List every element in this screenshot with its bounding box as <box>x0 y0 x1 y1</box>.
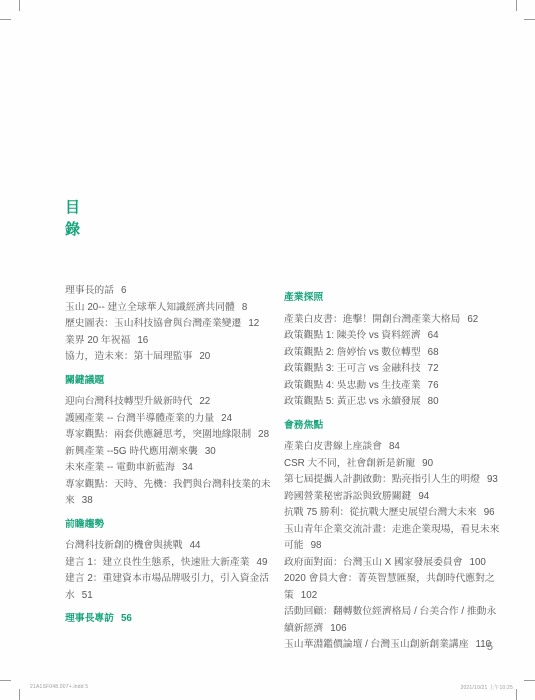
toc-entry-title: 專家觀點：兩套供應鏈思考，突圍地緣限制 <box>65 429 251 440</box>
toc-entry-title: 產業白皮書：進擊！開創台灣產業大格局 <box>284 314 460 325</box>
toc-column-right: 產業探照產業白皮書：進擊！開創台灣產業大格局62政策觀點 1: 陳美伶 vs 資… <box>284 283 501 654</box>
crop-mark <box>524 680 535 681</box>
section-header: 會務焦點 <box>284 418 501 435</box>
crop-mark <box>19 0 20 11</box>
toc-entry-page: 20 <box>199 351 210 362</box>
toc-entry[interactable]: 玉山青年企業交流計畫：走進企業現場，看見未來可能98 <box>284 522 501 555</box>
toc-entry-page: 22 <box>199 396 210 407</box>
toc-entry-title: 第七屆提攜人計劃啟動：點亮指引人生的明燈 <box>284 474 480 485</box>
toc-entry-page: 90 <box>422 458 433 469</box>
print-slug-timestamp: 2021/10/21 上午10:25 <box>460 684 513 691</box>
toc-entry-page: 93 <box>487 474 498 485</box>
toc-section: 產業探照產業白皮書：進擊！開創台灣產業大格局62政策觀點 1: 陳美伶 vs 資… <box>284 290 501 411</box>
section-header-label: 前瞻趨勢 <box>65 519 104 530</box>
toc-section: 理事長專訪56 <box>65 611 274 628</box>
toc-entry-page: 98 <box>311 540 322 551</box>
toc-entry-title: 專家觀點：天時、先機：我們與台灣科技業的未來 <box>65 479 271 507</box>
toc-entry[interactable]: 政策觀點 1: 陳美伶 vs 資料經濟64 <box>284 328 501 345</box>
toc-entry-page: 49 <box>257 557 268 568</box>
toc-entry-title: 抗戰 75 勝利：從抗戰大歷史展望台灣大未來 <box>284 507 477 518</box>
toc-entry-title: 產業白皮書線上座談會 <box>284 441 382 452</box>
toc-entry[interactable]: 新興產業 --5G 時代應用潮來襲30 <box>65 444 274 461</box>
section-header-label: 關鍵議題 <box>65 375 104 386</box>
toc-entry[interactable]: 抗戰 75 勝利：從抗戰大歷史展望台灣大未來96 <box>284 505 501 522</box>
page-title-char-2: 錄 <box>65 219 501 241</box>
toc-entry-title: 跨國營業秘密訴訟與致勝關鍵 <box>284 491 411 502</box>
toc-entry-page: 44 <box>190 540 201 551</box>
toc-entry[interactable]: 玉山華淵鑑價論壇 / 台灣玉山創新創業講座110 <box>284 637 501 654</box>
toc-entry[interactable]: 2020 會員大會：菁英智慧匯聚，共創時代應對之策102 <box>284 571 501 604</box>
toc-entry-page: 76 <box>428 380 439 391</box>
toc-entry-page: 34 <box>182 462 193 473</box>
toc-entry[interactable]: 政策觀點 3: 王可言 vs 金融科技72 <box>284 361 501 378</box>
page-title-char-1: 目 <box>65 197 501 219</box>
toc-entry[interactable]: 玉山 20-- 建立全球華人知識經濟共同體8 <box>65 300 274 317</box>
toc-entry[interactable]: 建言 2：重建資本市場品牌吸引力，引入資金活水51 <box>65 571 274 604</box>
crop-mark <box>19 689 20 700</box>
toc-entry-title: 未來產業 -- 電動車新藍海 <box>65 462 175 473</box>
toc-entry-title: 迎向台灣科技轉型升級新時代 <box>65 396 192 407</box>
toc-entry-title: 協力，造未來：第十屆理監事 <box>65 351 192 362</box>
toc-entry-title: 台灣科技新創的機會與挑戰 <box>65 540 183 551</box>
toc-entry[interactable]: 協力，造未來：第十屆理監事20 <box>65 349 274 366</box>
toc-entry-title: 歷史圖表：玉山科技協會與台灣產業變遷 <box>65 318 241 329</box>
toc-section: 前瞻趨勢台灣科技新創的機會與挑戰44建言 1：建立良性生態系，快速壯大新產業49… <box>65 517 274 605</box>
toc-entry[interactable]: 政策觀點 5: 黃正忠 vs 永續發展80 <box>284 394 501 411</box>
toc-entry-title: 政策觀點 1: 陳美伶 vs 資料經濟 <box>284 330 421 341</box>
toc-entry-page: 8 <box>242 302 247 313</box>
toc-entry[interactable]: 建言 1：建立良性生態系，快速壯大新產業49 <box>65 555 274 572</box>
toc-entry[interactable]: 台灣科技新創的機會與挑戰44 <box>65 538 274 555</box>
toc-entry[interactable]: 歷史圖表：玉山科技協會與台灣產業變遷12 <box>65 316 274 333</box>
toc-entry-page: 28 <box>258 429 269 440</box>
toc-entry[interactable]: 跨國營業秘密訴訟與致勝關鍵94 <box>284 489 501 506</box>
toc-entry[interactable]: 政策觀點 2: 詹婷怡 vs 數位轉型68 <box>284 345 501 362</box>
toc-entry-page: 102 <box>301 590 317 601</box>
toc-entry[interactable]: 護國產業 -- 台灣半導體產業的力量24 <box>65 411 274 428</box>
toc-entry-page: 6 <box>121 285 126 296</box>
toc-entry[interactable]: 第七屆提攜人計劃啟動：點亮指引人生的明燈93 <box>284 472 501 489</box>
toc-entry-title: 政策觀點 3: 王可言 vs 金融科技 <box>284 363 421 374</box>
toc-entry-title: 玉山 20-- 建立全球華人知識經濟共同體 <box>65 302 235 313</box>
toc-entry-page: 62 <box>467 314 478 325</box>
toc-entry-page: 94 <box>418 491 429 502</box>
toc-entry-title: 新興產業 --5G 時代應用潮來襲 <box>65 446 198 457</box>
toc-entry[interactable]: 專家觀點：兩套供應鏈思考，突圍地緣限制28 <box>65 427 274 444</box>
toc-entry[interactable]: 產業白皮書線上座談會84 <box>284 439 501 456</box>
toc-entry-page: 12 <box>248 318 259 329</box>
toc-entry-title: 活動回顧：翻轉數位經濟格局 / 台美合作 / 推動永續新經濟 <box>284 606 496 634</box>
toc-page: 目 錄 理事長的話6玉山 20-- 建立全球華人知識經濟共同體8歷史圖表：玉山科… <box>65 197 501 654</box>
toc-section: 關鍵議題迎向台灣科技轉型升級新時代22護國產業 -- 台灣半導體產業的力量24專… <box>65 373 274 510</box>
crop-mark <box>524 19 535 20</box>
section-header-label: 理事長專訪 <box>65 613 114 624</box>
section-header: 產業探照 <box>284 290 501 307</box>
toc-entry[interactable]: 政府面對面：台灣玉山 X 國家發展委員會100 <box>284 555 501 572</box>
toc-entry-page: 24 <box>221 413 232 424</box>
toc-entry-page: 72 <box>428 363 439 374</box>
crop-mark <box>516 0 517 11</box>
toc-entry-page: 68 <box>428 347 439 358</box>
toc-entry[interactable]: 未來產業 -- 電動車新藍海34 <box>65 460 274 477</box>
toc-entry-page: 84 <box>389 441 400 452</box>
section-header: 理事長專訪56 <box>65 611 274 628</box>
toc-entry-page: 100 <box>470 557 486 568</box>
toc-entry[interactable]: 政策觀點 4: 吳忠勳 vs 生技產業76 <box>284 378 501 395</box>
toc-column-left: 理事長的話6玉山 20-- 建立全球華人知識經濟共同體8歷史圖表：玉山科技協會與… <box>65 283 274 654</box>
toc-entry-page: 80 <box>428 396 439 407</box>
page-title: 目 錄 <box>65 197 501 241</box>
section-header: 關鍵議題 <box>65 373 274 390</box>
toc-entry[interactable]: 產業白皮書：進擊！開創台灣產業大格局62 <box>284 312 501 329</box>
toc-entry-title: 建言 1：建立良性生態系，快速壯大新產業 <box>65 557 250 568</box>
section-header-label: 會務焦點 <box>284 420 323 431</box>
toc-entry-title: 理事長的話 <box>65 285 114 296</box>
toc-entry-page: 51 <box>82 590 93 601</box>
toc-entry-title: 政策觀點 4: 吳忠勳 vs 生技產業 <box>284 380 421 391</box>
toc-entry-page: 64 <box>428 330 439 341</box>
toc-entry-title: 政府面對面：台灣玉山 X 國家發展委員會 <box>284 557 463 568</box>
section-header-page: 56 <box>121 613 132 624</box>
crop-mark <box>0 680 11 681</box>
section-header-label: 產業探照 <box>284 292 323 303</box>
crop-mark <box>516 689 517 700</box>
page-number: 5 <box>487 641 493 653</box>
toc-entry[interactable]: 業界 20 年祝福16 <box>65 333 274 350</box>
toc-entry-title: CSR 大不同，社會創新是新寵 <box>284 458 415 469</box>
toc-entry-page: 96 <box>484 507 495 518</box>
toc-section: 會務焦點產業白皮書線上座談會84CSR 大不同，社會創新是新寵90第七屆提攜人計… <box>284 418 501 654</box>
toc-entry-title: 護國產業 -- 台灣半導體產業的力量 <box>65 413 214 424</box>
toc-section: 理事長的話6玉山 20-- 建立全球華人知識經濟共同體8歷史圖表：玉山科技協會與… <box>65 283 274 366</box>
toc-entry-title: 建言 2：重建資本市場品牌吸引力，引入資金活水 <box>65 573 269 601</box>
crop-mark <box>0 19 11 20</box>
toc-entry-page: 30 <box>205 446 216 457</box>
toc-entry[interactable]: 專家觀點：天時、先機：我們與台灣科技業的未來38 <box>65 477 274 510</box>
toc-entry-title: 玉山華淵鑑價論壇 / 台灣玉山創新創業講座 <box>284 639 469 650</box>
toc-entry[interactable]: 迎向台灣科技轉型升級新時代22 <box>65 394 274 411</box>
toc-entry-title: 政策觀點 2: 詹婷怡 vs 數位轉型 <box>284 347 421 358</box>
toc-entry[interactable]: 活動回顧：翻轉數位經濟格局 / 台美合作 / 推動永續新經濟106 <box>284 604 501 637</box>
toc-entry-title: 業界 20 年祝福 <box>65 335 130 346</box>
section-header: 前瞻趨勢 <box>65 517 274 534</box>
toc-entry-page: 16 <box>137 335 148 346</box>
print-slug-filename: 21A1SF048.007+.indd 5 <box>30 684 88 690</box>
toc-entry-title: 政策觀點 5: 黃正忠 vs 永續發展 <box>284 396 421 407</box>
toc-entry-page: 38 <box>82 495 93 506</box>
toc-entry[interactable]: 理事長的話6 <box>65 283 274 300</box>
toc-entry-page: 106 <box>330 623 346 634</box>
toc-entry[interactable]: CSR 大不同，社會創新是新寵90 <box>284 456 501 473</box>
toc-columns: 理事長的話6玉山 20-- 建立全球華人知識經濟共同體8歷史圖表：玉山科技協會與… <box>65 283 501 654</box>
